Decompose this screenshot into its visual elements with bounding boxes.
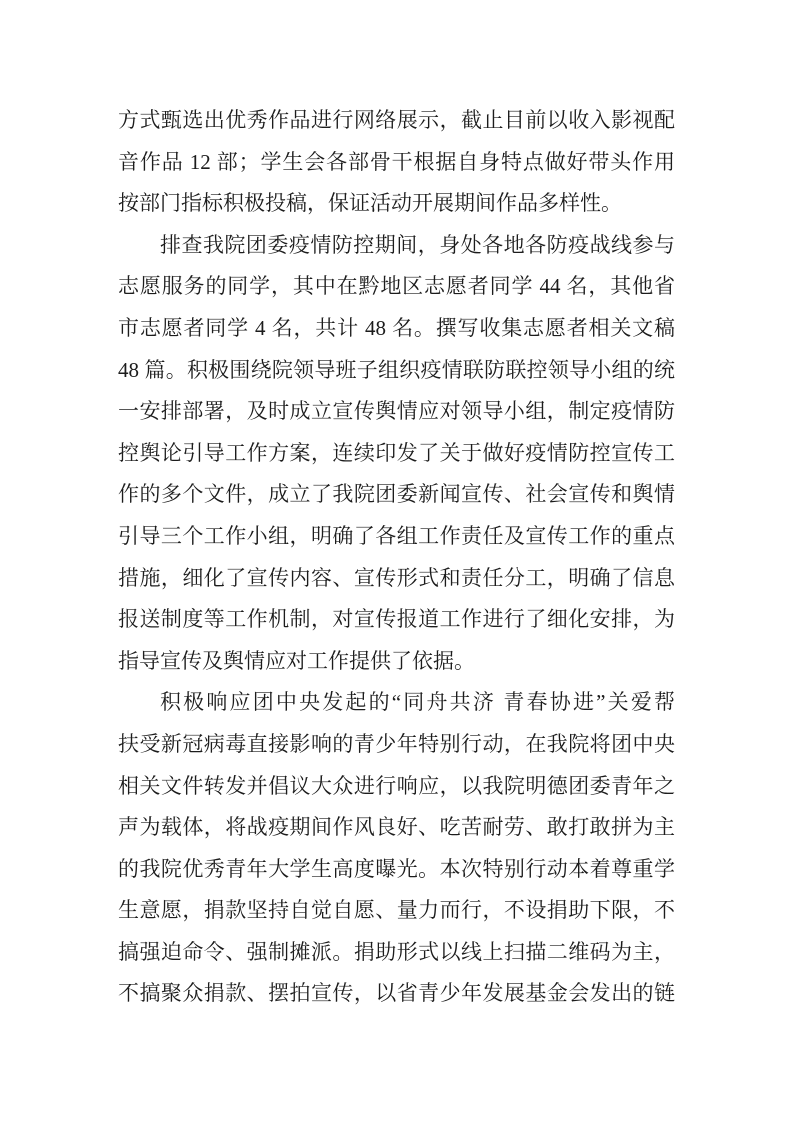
paragraph-continued: 方式甄选出优秀作品进行网络展示，截止目前以收入影视配 音作品 12 部；学生会各… [118, 100, 675, 225]
paragraph-volunteer-report: 排查我院团委疫情防控期间，身处各地各防疫战线参与 志愿服务的同学，其中在黔地区志… [118, 225, 675, 683]
text-line: 的我院优秀青年大学生高度曝光。本次特别行动本着尊重学 [118, 849, 675, 891]
paragraph-special-action: 积极响应团中央发起的“同舟共济 青春协进”关爱帮 扶受新冠病毒直接影响的青少年特… [118, 682, 675, 1015]
document-page: 方式甄选出优秀作品进行网络展示，截止目前以收入影视配 音作品 12 部；学生会各… [0, 0, 793, 1122]
text-line: 不搞聚众捐款、摆拍宣传，以省青少年发展基金会发出的链 [118, 973, 675, 1015]
text-line: 相关文件转发并倡议大众进行响应，以我院明德团委青年之 [118, 766, 675, 808]
text-line: 扶受新冠病毒直接影响的青少年特别行动，在我院将团中央 [118, 724, 675, 766]
text-line: 生意愿，捐款坚持自觉自愿、量力而行，不设捐助下限，不 [118, 890, 675, 932]
text-line: 措施，细化了宣传内容、宣传形式和责任分工，明确了信息 [118, 558, 675, 600]
text-line: 市志愿者同学 4 名，共计 48 名。撰写收集志愿者相关文稿 [118, 308, 675, 350]
text-line: 音作品 12 部；学生会各部骨干根据自身特点做好带头作用 [118, 142, 675, 184]
text-line: 声为载体，将战疫期间作风良好、吃苦耐劳、敢打敢拼为主 [118, 807, 675, 849]
text-line: 按部门指标积极投稿，保证活动开展期间作品多样性。 [118, 183, 675, 225]
document-text-block: 方式甄选出优秀作品进行网络展示，截止目前以收入影视配 音作品 12 部；学生会各… [118, 100, 675, 1015]
text-line: 志愿服务的同学，其中在黔地区志愿者同学 44 名，其他省 [118, 266, 675, 308]
text-line: 作的多个文件，成立了我院团委新闻宣传、社会宣传和舆情 [118, 474, 675, 516]
text-line: 排查我院团委疫情防控期间，身处各地各防疫战线参与 [118, 225, 675, 267]
text-line: 一安排部署，及时成立宣传舆情应对领导小组，制定疫情防 [118, 391, 675, 433]
text-line: 控舆论引导工作方案，连续印发了关于做好疫情防控宣传工 [118, 433, 675, 475]
text-line: 48 篇。积极围绕院领导班子组织疫情联防联控领导小组的统 [118, 350, 675, 392]
text-line: 报送制度等工作机制，对宣传报道工作进行了细化安排，为 [118, 599, 675, 641]
text-line: 方式甄选出优秀作品进行网络展示，截止目前以收入影视配 [118, 100, 675, 142]
text-line: 搞强迫命令、强制摊派。捐助形式以线上扫描二维码为主， [118, 932, 675, 974]
text-line: 指导宣传及舆情应对工作提供了依据。 [118, 641, 675, 683]
text-line: 引导三个工作小组，明确了各组工作责任及宣传工作的重点 [118, 516, 675, 558]
text-line: 积极响应团中央发起的“同舟共济 青春协进”关爱帮 [118, 682, 675, 724]
